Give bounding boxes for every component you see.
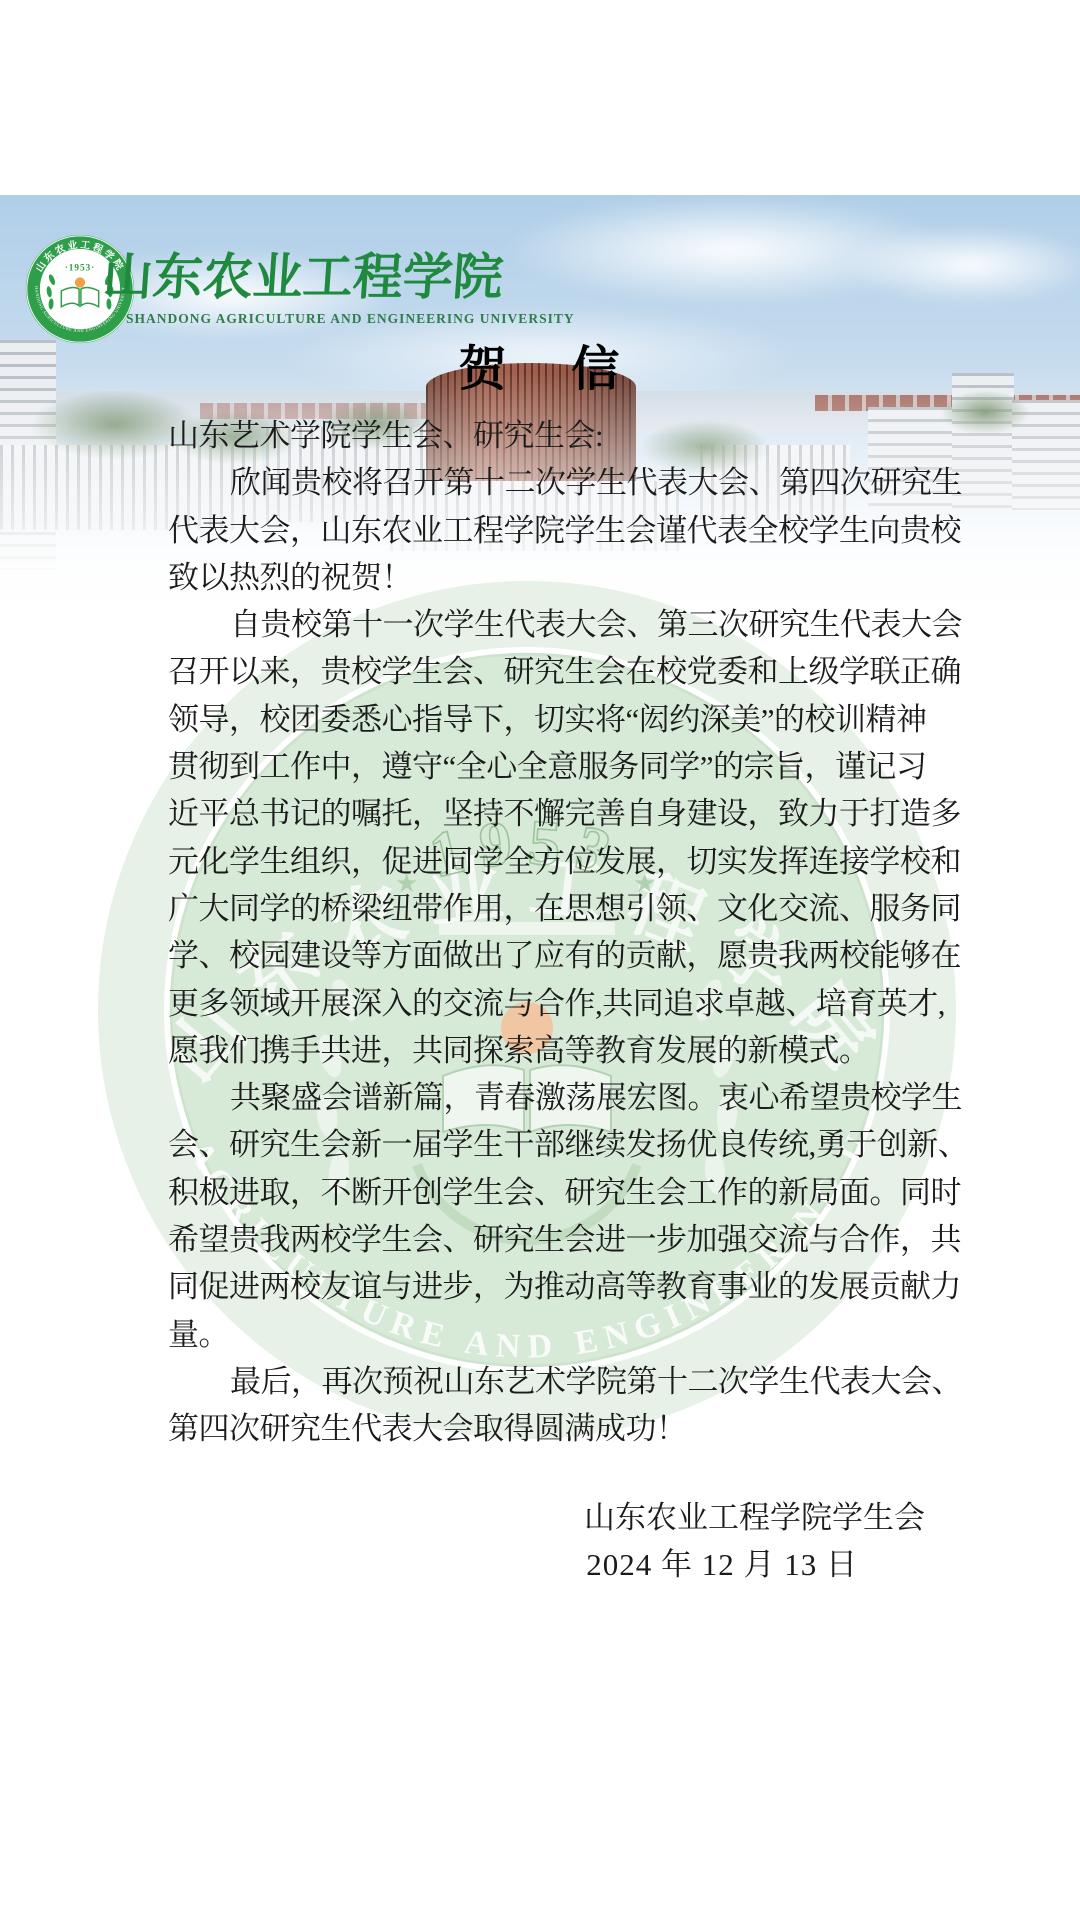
letter-line: 共聚盛会谱新篇，青春激荡展宏图。衷心希望贵校学生	[168, 1074, 958, 1121]
letter-line: 自贵校第十一次学生代表大会、第三次研究生代表大会	[168, 601, 958, 648]
letter-line: 同促进两校友谊与进步，为推动高等教育事业的发展贡献力	[168, 1263, 958, 1310]
letter-line: 量。	[168, 1311, 958, 1358]
letter-line: 元化学生组织，促进同学全方位发展，切实发挥连接学校和	[168, 838, 958, 885]
congratulation-letter-page: 山东农业工程学院 SHANDONG AGRICULTURE AND ENGINE…	[0, 0, 1080, 1918]
letter-line: 领导，校团委悉心指导下，切实将“闳约深美”的校训精神	[168, 696, 958, 743]
letter-line: 希望贵我两校学生会、研究生会进一步加强交流与合作，共	[168, 1216, 958, 1263]
university-name-english: SHANDONG AGRICULTURE AND ENGINEERING UNI…	[126, 311, 575, 327]
letter-line: 贯彻到工作中，遵守“全心全意服务同学”的宗旨，谨记习	[168, 743, 958, 790]
letter-line: 致以热烈的祝贺！	[168, 554, 958, 601]
letter-line: 山东艺术学院学生会、研究生会:	[168, 412, 958, 459]
letter-line: 广大同学的桥梁纽带作用，在思想引领、文化交流、服务同	[168, 885, 958, 932]
letter-line: 召开以来，贵校学生会、研究生会在校党委和上级学联正确	[168, 648, 958, 695]
letter-line: 更多领域开展深入的交流与合作,共同追求卓越、培育英才,	[168, 980, 958, 1027]
letter-line: 第四次研究生代表大会取得圆满成功！	[168, 1405, 958, 1452]
logo-book-right-icon	[81, 288, 99, 307]
letter-line: 代表大会，山东农业工程学院学生会谨代表全校学生向贵校	[168, 507, 958, 554]
letter-line: 最后，再次预祝山东艺术学院第十二次学生代表大会、	[168, 1358, 958, 1405]
letter-line: 近平总书记的嘱托，坚持不懈完善自身建设，致力于打造多	[168, 790, 958, 837]
signature-organization: 山东农业工程学院学生会	[584, 1492, 925, 1537]
letter-line: 会、研究生会新一届学生干部继续发扬优良传统,勇于创新、	[168, 1121, 958, 1168]
logo-sun-icon	[75, 277, 85, 287]
letter-title: 贺 信	[0, 330, 1080, 399]
signature-date: 2024 年 12 月 13 日	[586, 1539, 858, 1584]
letter-line: 积极进取，不断开创学生会、研究生会工作的新局面。同时	[168, 1169, 958, 1216]
university-name-calligraphy: 山东农业工程学院	[101, 248, 515, 306]
letter-body: 山东艺术学院学生会、研究生会:欣闻贵校将召开第十二次学生代表大会、第四次研究生代…	[168, 412, 958, 1453]
letter-line: 欣闻贵校将召开第十二次学生代表大会、第四次研究生	[168, 459, 958, 506]
letter-line: 学、校园建设等方面做出了应有的贡献，愿贵我两校能够在	[168, 932, 958, 979]
logo-year-text: ·1953·	[65, 263, 95, 273]
logo-book-left-icon	[61, 288, 79, 307]
letter-line: 愿我们携手共进，共同探索高等教育发展的新模式。	[168, 1027, 958, 1074]
